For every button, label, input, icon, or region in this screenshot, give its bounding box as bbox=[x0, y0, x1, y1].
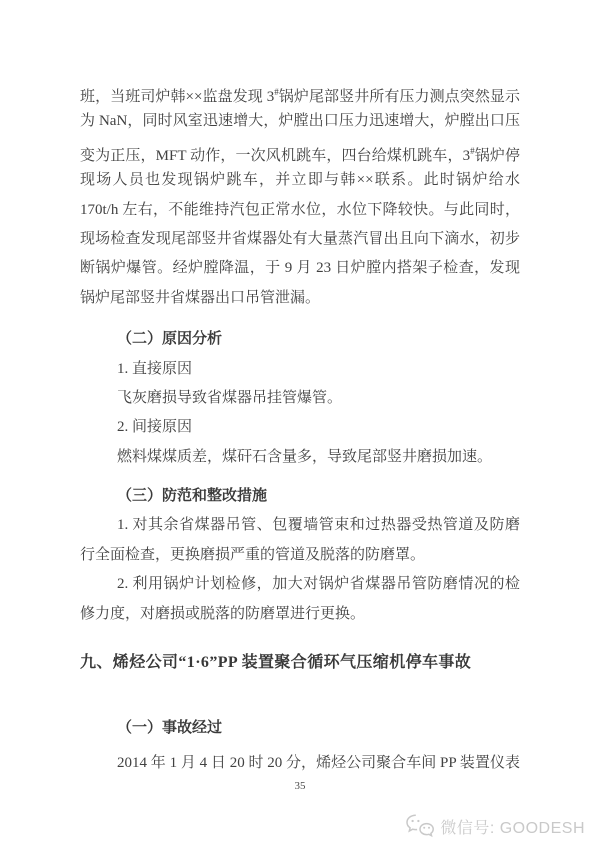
text-line: 锅炉尾部竖井省煤器出口吊管泄漏。 bbox=[80, 284, 520, 313]
watermark-text: 微信号: GOODESH bbox=[440, 815, 585, 838]
text-line: 170t/h 左右，不能维持汽包正常水位，水位下降较快。与此同时， bbox=[80, 196, 520, 225]
wechat-icon bbox=[405, 813, 435, 840]
section-heading-accident-course: （一）事故经过 bbox=[80, 714, 520, 743]
text-segment: 锅炉尾部竖井所有压力测点突然显示 bbox=[279, 89, 520, 105]
text-line: 2014 年 1 月 4 日 20 时 20 分，烯烃公司聚合车间 PP 装置仪… bbox=[80, 749, 520, 778]
text-line: 2. 利用锅炉计划检修，加大对锅炉省煤器吊管防磨情况的检查维 bbox=[80, 570, 520, 599]
text-segment: 断锅炉爆管。经炉膛降温，于 9 月 23 日炉膛内搭架子检查，发现 3 bbox=[80, 260, 520, 283]
text-segment: 班，当班司炉韩××监盘发现 3 bbox=[80, 89, 274, 105]
chapter-title: 九、烯烃公司“1·6”PP 装置聚合循环气压缩机停车事故 bbox=[80, 648, 520, 677]
watermark: 微信号: GOODESH bbox=[405, 813, 585, 840]
text-line: 1. 对其余省煤器吊管、包覆墙管束和过热器受热管道及防磨罩进 bbox=[80, 511, 520, 540]
text-line: 班，当班司炉韩××监盘发现 3#锅炉尾部竖井所有压力测点突然显示 bbox=[80, 78, 520, 107]
document-body: 班，当班司炉韩××监盘发现 3#锅炉尾部竖井所有压力测点突然显示 为 NaN，同… bbox=[80, 78, 520, 778]
text-line: 变为正压，MFT 动作，一次风机跳车，四台给煤机跳车，3#锅炉停车。 bbox=[80, 137, 520, 166]
text-line: 行全面检查，更换磨损严重的管道及脱落的防磨罩。 bbox=[80, 541, 520, 570]
text-line: 修力度，对磨损或脱落的防磨罩进行更换。 bbox=[80, 600, 520, 629]
document-page: 班，当班司炉韩××监盘发现 3#锅炉尾部竖井所有压力测点突然显示 为 NaN，同… bbox=[0, 0, 600, 848]
page-number: 35 bbox=[80, 780, 520, 792]
text-line: 现场检查发现尾部竖井省煤器处有大量蒸汽冒出且向下滴水，初步判 bbox=[80, 225, 520, 254]
text-line: 断锅炉爆管。经炉膛降温，于 9 月 23 日炉膛内搭架子检查，发现 3# bbox=[80, 254, 520, 283]
text-segment: 变为正压，MFT 动作，一次风机跳车，四台给煤机跳车，3 bbox=[80, 148, 470, 164]
text-line: 燃料煤煤质差，煤矸石含量多，导致尾部竖井磨损加速。 bbox=[80, 443, 520, 472]
section-heading-cause-analysis: （二）原因分析 bbox=[80, 325, 520, 354]
text-line: 2. 间接原因 bbox=[80, 413, 520, 442]
text-line: 现场人员也发现锅炉跳车，并立即与韩××联系。此时锅炉给水 bbox=[80, 166, 520, 195]
section-heading-prevention-measures: （三）防范和整改措施 bbox=[80, 482, 520, 511]
text-line: 为 NaN，同时风室迅速增大，炉膛出口压力迅速增大，炉膛出口压力 bbox=[80, 107, 520, 136]
text-line: 飞灰磨损导致省煤器吊挂管爆管。 bbox=[80, 384, 520, 413]
text-line: 1. 直接原因 bbox=[80, 355, 520, 384]
